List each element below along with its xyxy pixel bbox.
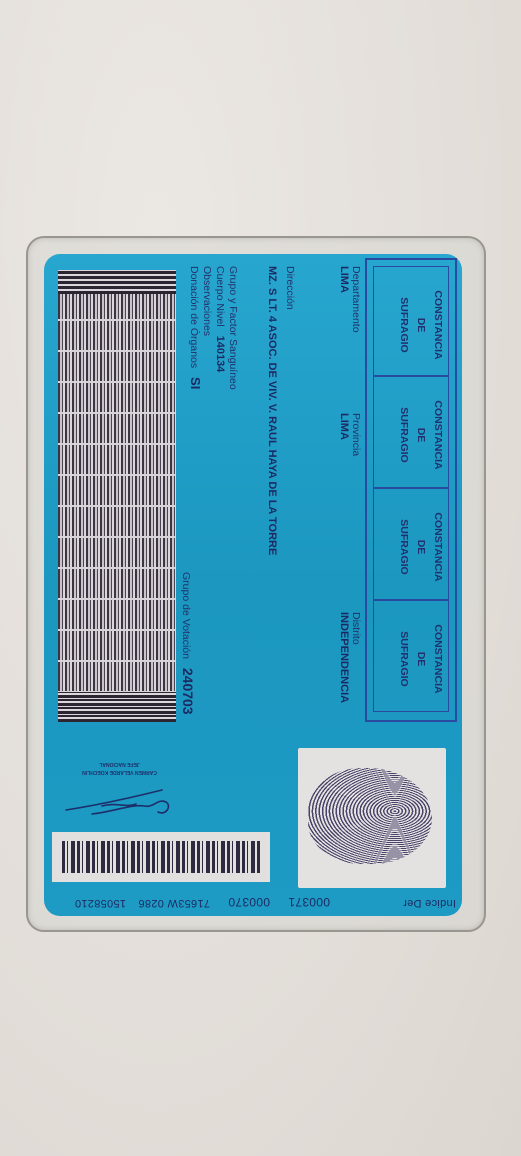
constancia-box-4: CONSTANCIA DE SUFRAGIO — [373, 600, 449, 712]
constancia-line: SUFRAGIO — [395, 607, 412, 711]
donacion-organos-label: Donación de Órganos — [188, 266, 200, 368]
donacion-organos-value: SI — [188, 377, 203, 389]
signature-title: JEFE NACIONAL — [62, 760, 177, 768]
constancia-line: DE — [412, 273, 429, 377]
constancia-line: SUFRAGIO — [395, 273, 412, 377]
code-3: 71653W 0286 — [138, 897, 210, 909]
direccion-field: Dirección MZ. S LT. 4 ASOC. DE VIV. V. R… — [266, 266, 296, 555]
indice-der-label: Indice Der — [403, 897, 456, 909]
provincia-field: Provincia LIMA — [338, 413, 362, 456]
departamento-label: Departamento — [350, 266, 362, 333]
fingerprint-icon — [308, 768, 432, 864]
constancia-line: DE — [412, 383, 429, 487]
pdf417-stop-pattern — [58, 692, 176, 722]
constancia-box-2: CONSTANCIA DE SUFRAGIO — [373, 376, 449, 488]
grupo-votacion-field: Grupo de Votación 240703 — [178, 572, 196, 715]
code-4: 15058210 — [75, 897, 126, 909]
cuerpo-nivel-value: 140134 — [214, 336, 226, 373]
personal-info-block: Grupo y Factor Sanguíneo Cuerpo Nivel 14… — [188, 266, 240, 390]
pdf417-barcode — [58, 270, 176, 722]
departamento-value: LIMA — [338, 266, 350, 333]
constancia-line: CONSTANCIA — [429, 607, 446, 711]
signature-caption: CARMEN VELARDE KOECHLIN JEFE NACIONAL — [62, 760, 177, 776]
bottom-code-strip: Indice Der 000371 000370 71653W 0286 150… — [50, 890, 462, 914]
provincia-label: Provincia — [350, 413, 362, 456]
direccion-value: MZ. S LT. 4 ASOC. DE VIV. V. RAUL HAYA D… — [266, 266, 278, 555]
distrito-field: Distrito INDEPENDENCIA — [338, 612, 362, 703]
departamento-field: Departamento LIMA — [338, 266, 362, 333]
constancia-line: SUFRAGIO — [395, 495, 412, 599]
linear-barcode — [62, 841, 262, 873]
cuerpo-nivel-label: Cuerpo Nivel — [214, 266, 226, 327]
fingerprint-panel — [298, 748, 446, 888]
constancia-sufragio-grid: CONSTANCIA DE SUFRAGIO CONSTANCIA DE SUF… — [365, 258, 457, 722]
code-1: 000371 — [288, 895, 330, 909]
constancia-box-1: CONSTANCIA DE SUFRAGIO — [373, 266, 449, 376]
grupo-votacion-value: 240703 — [180, 668, 196, 715]
constancia-line: DE — [412, 607, 429, 711]
constancia-line: SUFRAGIO — [395, 383, 412, 487]
pdf417-start-pattern — [58, 270, 176, 294]
grupo-votacion-label: Grupo de Votación — [180, 572, 192, 659]
distrito-value: INDEPENDENCIA — [338, 612, 350, 703]
observaciones-label: Observaciones — [201, 266, 213, 336]
constancia-box-3: CONSTANCIA DE SUFRAGIO — [373, 488, 449, 600]
signature-icon — [62, 784, 177, 820]
provincia-value: LIMA — [338, 413, 350, 456]
constancia-line: CONSTANCIA — [429, 273, 446, 377]
barcode-panel — [52, 832, 270, 882]
signature-name: CARMEN VELARDE KOECHLIN — [62, 768, 177, 776]
code-2: 000370 — [228, 895, 270, 909]
constancia-line: DE — [412, 495, 429, 599]
direccion-label: Dirección — [284, 266, 296, 555]
constancia-line: CONSTANCIA — [429, 495, 446, 599]
constancia-line: CONSTANCIA — [429, 383, 446, 487]
distrito-label: Distrito — [350, 612, 362, 703]
